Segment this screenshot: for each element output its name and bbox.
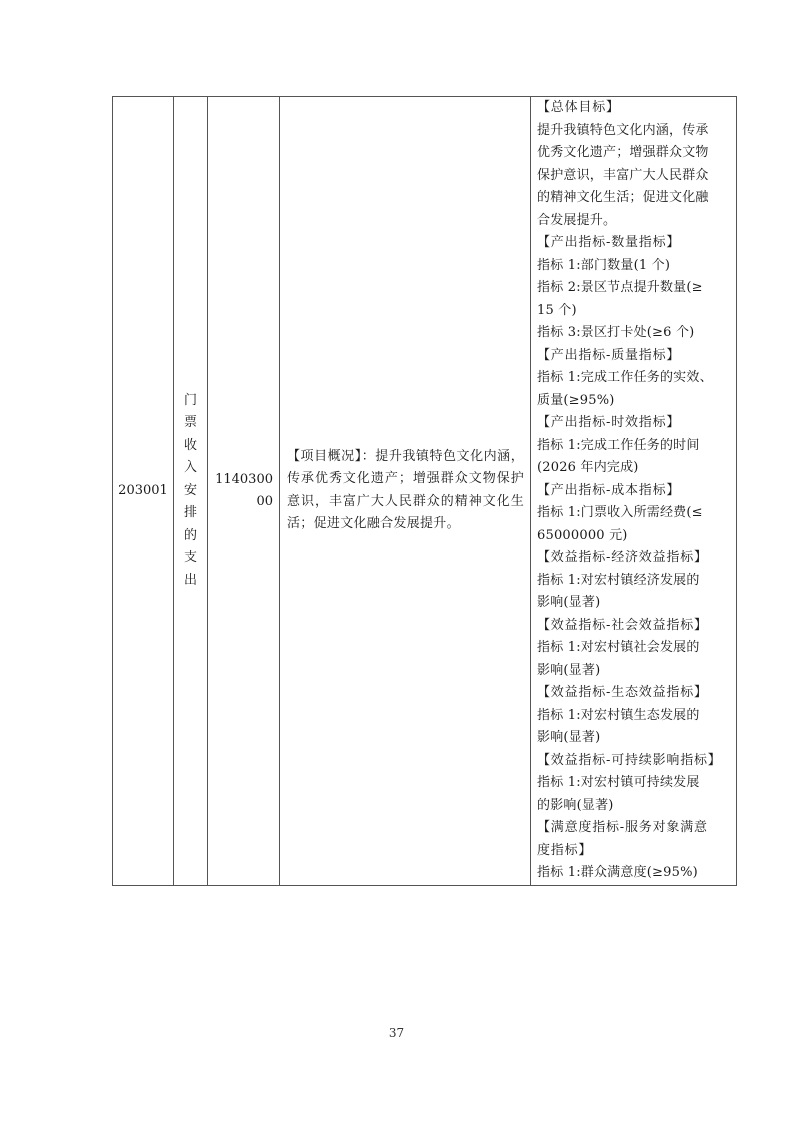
goal-line: 影响(显著) [537, 660, 732, 683]
goal-line: 指标 1:对宏村镇可持续发展 [537, 772, 732, 795]
goal-section-header: 【效益指标-生态效益指标】 [537, 682, 732, 705]
goal-section-header: 【效益指标-社会效益指标】 [537, 615, 732, 638]
goal-line: 指标 3:景区打卡处(≥6 个) [537, 322, 732, 345]
goal-line: 指标 1:群众满意度(≥95%) [537, 862, 732, 885]
amount-line-2: 00 [208, 491, 273, 513]
project-name-char: 入 [184, 457, 197, 480]
goal-line: 的影响(显著) [537, 795, 732, 818]
performance-goals-table: 203001 门票收入安排的支出 1140300 00 【项目概况】：提升我镇特… [112, 96, 737, 886]
amount-line-1: 1140300 [208, 469, 273, 491]
goal-line: 指标 1:门票收入所需经费(≤ [537, 502, 732, 525]
project-name-cell: 门票收入安排的支出 [174, 97, 208, 886]
goal-line: 65000000 元) [537, 525, 732, 548]
goal-line: 指标 1:对宏村镇社会发展的 [537, 637, 732, 660]
goal-section-header: 【总体目标】 [537, 97, 732, 120]
goal-line: 保护意识，丰富广大人民群众 [537, 165, 732, 188]
goal-section-header: 【产出指标-成本指标】 [537, 480, 732, 503]
project-name-char: 的 [184, 525, 197, 548]
performance-goals-cell: 【总体目标】提升我镇特色文化内涵，传承优秀文化遗产；增强群众文物保护意识，丰富广… [531, 97, 737, 886]
goal-line: 指标 1:对宏村镇经济发展的 [537, 570, 732, 593]
goal-section-header: 【满意度指标-服务对象满意 [537, 817, 732, 840]
project-name-char: 票 [184, 412, 197, 435]
page-number: 37 [0, 1026, 793, 1040]
goal-line: (2026 年内完成) [537, 457, 732, 480]
goal-line: 指标 1:完成工作任务的时间 [537, 435, 732, 458]
table-row: 203001 门票收入安排的支出 1140300 00 【项目概况】：提升我镇特… [113, 97, 737, 886]
goal-line: 的精神文化生活；促进文化融 [537, 187, 732, 210]
goal-line: 影响(显著) [537, 727, 732, 750]
project-name-vertical: 门票收入安排的支出 [174, 390, 207, 593]
goal-section-header: 【效益指标-经济效益指标】 [537, 547, 732, 570]
project-name-char: 出 [184, 570, 197, 593]
function-code-cell: 203001 [113, 97, 174, 886]
project-name-char: 收 [184, 435, 197, 458]
goal-line: 质量(≥95%) [537, 390, 732, 413]
project-name-char: 排 [184, 502, 197, 525]
goal-section-header: 【产出指标-时效指标】 [537, 412, 732, 435]
goal-line: 合发展提升。 [537, 210, 732, 233]
goal-line: 指标 2:景区节点提升数量(≥ [537, 277, 732, 300]
project-name-char: 支 [184, 547, 197, 570]
project-overview-cell: 【项目概况】：提升我镇特色文化内涵，传承优秀文化遗产；增强群众文物保护意识，丰富… [280, 97, 531, 886]
goal-section-header: 【产出指标-数量指标】 [537, 232, 732, 255]
goal-line: 影响(显著) [537, 592, 732, 615]
amount-cell: 1140300 00 [208, 97, 280, 886]
goal-line: 优秀文化遗产；增强群众文物 [537, 142, 732, 165]
goal-section-header: 【效益指标-可持续影响指标】 [537, 750, 732, 773]
goal-line: 指标 1:部门数量(1 个) [537, 255, 732, 278]
goal-section-header: 度指标】 [537, 840, 732, 863]
goal-line: 提升我镇特色文化内涵，传承 [537, 120, 732, 143]
goal-line: 15 个) [537, 300, 732, 323]
goal-section-header: 【产出指标-质量指标】 [537, 345, 732, 368]
goals-list: 【总体目标】提升我镇特色文化内涵，传承优秀文化遗产；增强群众文物保护意识，丰富广… [537, 97, 732, 885]
project-name-char: 门 [184, 390, 197, 413]
goal-line: 指标 1:对宏村镇生态发展的 [537, 705, 732, 728]
project-name-char: 安 [184, 480, 197, 503]
goal-line: 指标 1:完成工作任务的实效、 [537, 367, 732, 390]
